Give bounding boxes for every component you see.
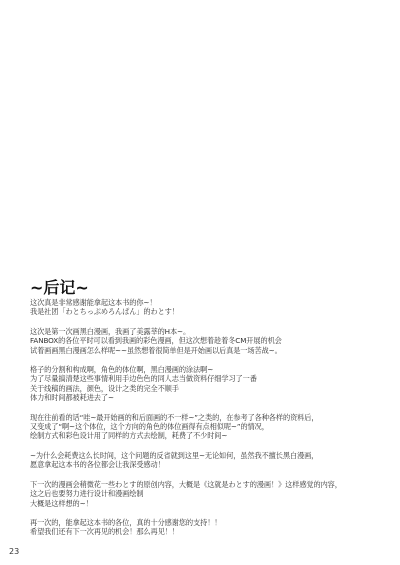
afterword-section: ~后记~ 这次真是非常感谢能拿起这本书的你~！ 我是社团「わとちっぷめろんぱん」…	[30, 279, 390, 547]
text-line: 这之后也要努力进行设计和漫画绘制	[30, 489, 390, 498]
paragraph-first-bw-manga: 这次是第一次画黑白漫画，我画了美露莘的H本~。 FANBOX的各位平时可以看到我…	[30, 327, 390, 355]
document-page: ~后记~ 这次真是非常感谢能拿起这本书的你~！ 我是社团「わとちっぷめろんぱん」…	[0, 0, 400, 565]
paragraph-farewell: 再一次的，能拿起这本书的各位，真的十分感谢您的支持！！ 希望我们还有下一次再见的…	[30, 518, 390, 537]
text-line: 试着画画黑白漫画怎么样呢~~虽然想着很简单但是开始画以后真是一场苦战~。	[30, 346, 390, 355]
text-line: 现在往前看的话“哇~最开始画的和后面画的不一样~”之类的，在参考了各种各样的资料…	[30, 413, 390, 422]
text-line: 这次真是非常感谢能拿起这本书的你~！	[30, 298, 390, 307]
text-line: ~为什么会耗费这么长时间，这个问题的反省就到这里~无论如何，虽然我不擅长黑白漫画…	[30, 451, 390, 460]
page-number: 23	[9, 547, 19, 557]
paragraph-reflection: 现在往前看的话“哇~最开始画的和后面画的不一样~”之类的，在参考了各种各样的资料…	[30, 413, 390, 441]
text-line: 希望我们还有下一次再见的机会！那么再见！！	[30, 527, 390, 536]
paragraph-greeting: 这次真是非常感谢能拿起这本书的你~！ 我是社团「わとちっぷめろんぱん」的わとす！	[30, 298, 390, 317]
text-line: 格子的分割和构成啊，角色的体位啊，黑白漫画的涂法啊~	[30, 365, 390, 374]
text-line: 关于线稿的画法，颜色，设计之类的完全不顺手	[30, 384, 390, 393]
afterword-title: ~后记~	[30, 279, 390, 297]
text-line: 又变成了“啊~这个体位，这个方向的角色的体位画得有点相似呢~”的情况，	[30, 422, 390, 431]
paragraph-study: 格子的分割和构成啊，角色的体位啊，黑白漫画的涂法啊~ 为了尽量搞清楚这些事情利用…	[30, 365, 390, 403]
text-line: FANBOX的各位平时可以看到我画的彩色漫画，但这次想着趁着冬CM开展的机会	[30, 336, 390, 345]
paragraph-thanks-readers: ~为什么会耗费这么长时间，这个问题的反省就到这里~无论如何，虽然我不擅长黑白漫画…	[30, 451, 390, 470]
text-line: 再一次的，能拿起这本书的各位，真的十分感谢您的支持！！	[30, 518, 390, 527]
text-line: 下一次的漫画会稍微花一些わとす的原创内容，大概是《这就是わとす的漫画！》这样感觉…	[30, 480, 390, 489]
paragraph-next-plan: 下一次的漫画会稍微花一些わとす的原创内容，大概是《这就是わとす的漫画！》这样感觉…	[30, 480, 390, 508]
text-line: 我是社团「わとちっぷめろんぱん」的わとす！	[30, 307, 390, 316]
text-line: 这次是第一次画黑白漫画，我画了美露莘的H本~。	[30, 327, 390, 336]
text-line: 大概是这样想的~！	[30, 499, 390, 508]
text-line: 为了尽量搞清楚这些事情利用手边色色的同人志当做资料仔细学习了一番	[30, 374, 390, 383]
text-line: 体力和时间都被耗进去了~	[30, 393, 390, 402]
text-line: 愿意拿起这本书的各位都会让我深受感动！	[30, 460, 390, 469]
text-line: 绘制方式和彩色设计用了同样的方式去绘制，耗费了不少时间~	[30, 431, 390, 440]
